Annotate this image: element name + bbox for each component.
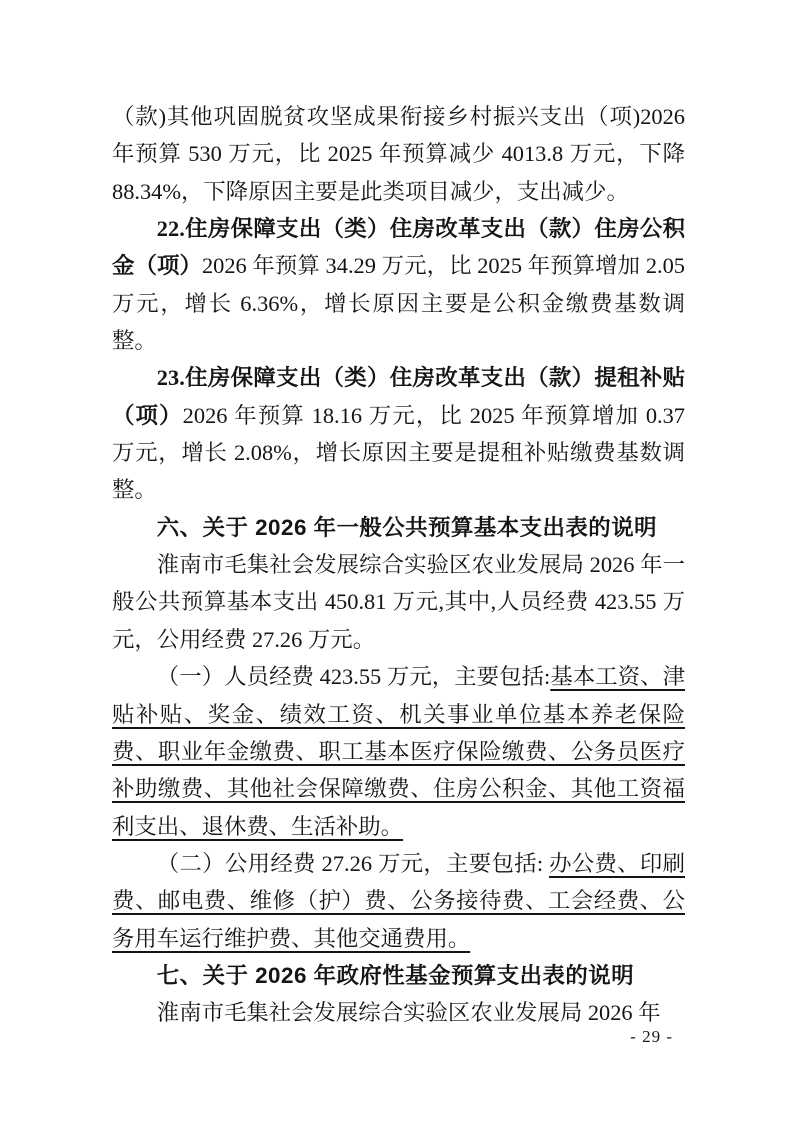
document-body: （款)其他巩固脱贫攻坚成果衔接乡村振兴支出（项)2026 年预算 530 万元，…: [112, 98, 685, 1032]
page-number: - 29 -: [630, 1027, 673, 1047]
paragraph-personnel-expense-list: 基本工资、津贴补贴、奖金、绩效工资、机关事业单位基本养老保险费、职业年金缴费、职…: [112, 664, 685, 838]
section-heading-seven: 七、关于 2026 年政府性基金预算支出表的说明: [112, 957, 685, 994]
section-heading-six-text: 六、关于 2026 年一般公共预算基本支出表的说明: [157, 515, 657, 540]
paragraph-fund-budget-intro-text: 淮南市毛集社会发展综合实验区农业发展局 2026 年: [157, 1000, 661, 1025]
paragraph-item-22: 22.住房保障支出（类）住房改革支出（款）住房公积金（项）2026 年预算 34…: [112, 210, 685, 359]
paragraph-item-23-body: 2026 年预算 18.16 万元，比 2025 年预算增加 0.37 万元，增…: [112, 403, 685, 503]
paragraph-continuation-text: （款)其他巩固脱贫攻坚成果衔接乡村振兴支出（项)2026 年预算 530 万元，…: [112, 104, 685, 204]
section-heading-six: 六、关于 2026 年一般公共预算基本支出表的说明: [112, 509, 685, 546]
paragraph-item-23: 23.住房保障支出（类）住房改革支出（款）提租补贴（项）2026 年预算 18.…: [112, 359, 685, 508]
document-page: （款)其他巩固脱贫攻坚成果衔接乡村振兴支出（项)2026 年预算 530 万元，…: [0, 0, 794, 1122]
paragraph-continuation: （款)其他巩固脱贫攻坚成果衔接乡村振兴支出（项)2026 年预算 530 万元，…: [112, 98, 685, 210]
paragraph-public-expense: （二）公用经费 27.26 万元，主要包括: 办公费、印刷费、邮电费、维修（护）…: [112, 845, 685, 957]
paragraph-basic-expenditure-intro: 淮南市毛集社会发展综合实验区农业发展局 2026 年一般公共预算基本支出 450…: [112, 546, 685, 658]
paragraph-basic-expenditure-intro-text: 淮南市毛集社会发展综合实验区农业发展局 2026 年一般公共预算基本支出 450…: [112, 552, 685, 652]
paragraph-public-expense-lead: （二）公用经费 27.26 万元，主要包括:: [157, 851, 549, 876]
paragraph-personnel-expense-lead: （一）人员经费 423.55 万元，主要包括:: [157, 664, 550, 689]
paragraph-personnel-expense: （一）人员经费 423.55 万元，主要包括:基本工资、津贴补贴、奖金、绩效工资…: [112, 658, 685, 845]
paragraph-fund-budget-intro: 淮南市毛集社会发展综合实验区农业发展局 2026 年: [112, 994, 685, 1031]
section-heading-seven-text: 七、关于 2026 年政府性基金预算支出表的说明: [157, 963, 634, 988]
